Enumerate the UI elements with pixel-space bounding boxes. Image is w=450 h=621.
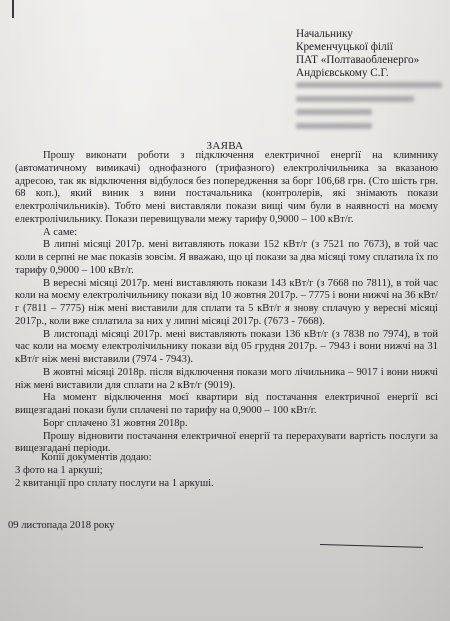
addressee-block: Начальнику Кременчуцької філії ПАТ «Полт… (296, 28, 419, 80)
paragraph: В вересні місяці 2017р. мені виставляють… (15, 278, 438, 329)
document-body: Прошу виконати роботи з підключення елек… (15, 150, 438, 456)
redacted-line (296, 96, 414, 102)
document-date: 09 листопада 2018 року (8, 520, 115, 531)
attachments-heading: Копії документів додаю: (15, 451, 214, 464)
edge-mark (12, 0, 14, 18)
redacted-sender-info (296, 82, 442, 136)
paragraph: В жовтні місяці 2018р. після відключення… (15, 367, 438, 393)
attachment-item: 3 фото на 1 аркуші; (15, 464, 214, 477)
paragraph: А саме: (15, 227, 438, 240)
attachments-block: Копії документів додаю: 3 фото на 1 арку… (15, 451, 214, 490)
paragraph: Борг сплачено 31 жовтня 2018р. (15, 418, 438, 431)
paragraph: Прошу виконати роботи з підключення елек… (15, 150, 438, 227)
addressee-line: Начальнику (296, 28, 419, 41)
paragraph: В липні місяці 2017р. мені витавляють по… (15, 239, 438, 277)
addressee-line: Кременчуцької філії (296, 41, 419, 54)
redacted-line (296, 82, 442, 88)
addressee-line: ПАТ «Полтаваобленерго» (296, 54, 419, 67)
redacted-line (296, 109, 372, 115)
attachment-item: 2 квитанції про сплату послуги на 1 арку… (15, 477, 214, 490)
paragraph: В листопаді місяці 2017р. мені виставляю… (15, 329, 438, 367)
paragraph: На момент відключення моєї квартири від … (15, 392, 438, 418)
signature-line (320, 544, 423, 548)
redacted-line (296, 123, 372, 129)
addressee-line: Андрієвському С.Г. (296, 67, 419, 80)
